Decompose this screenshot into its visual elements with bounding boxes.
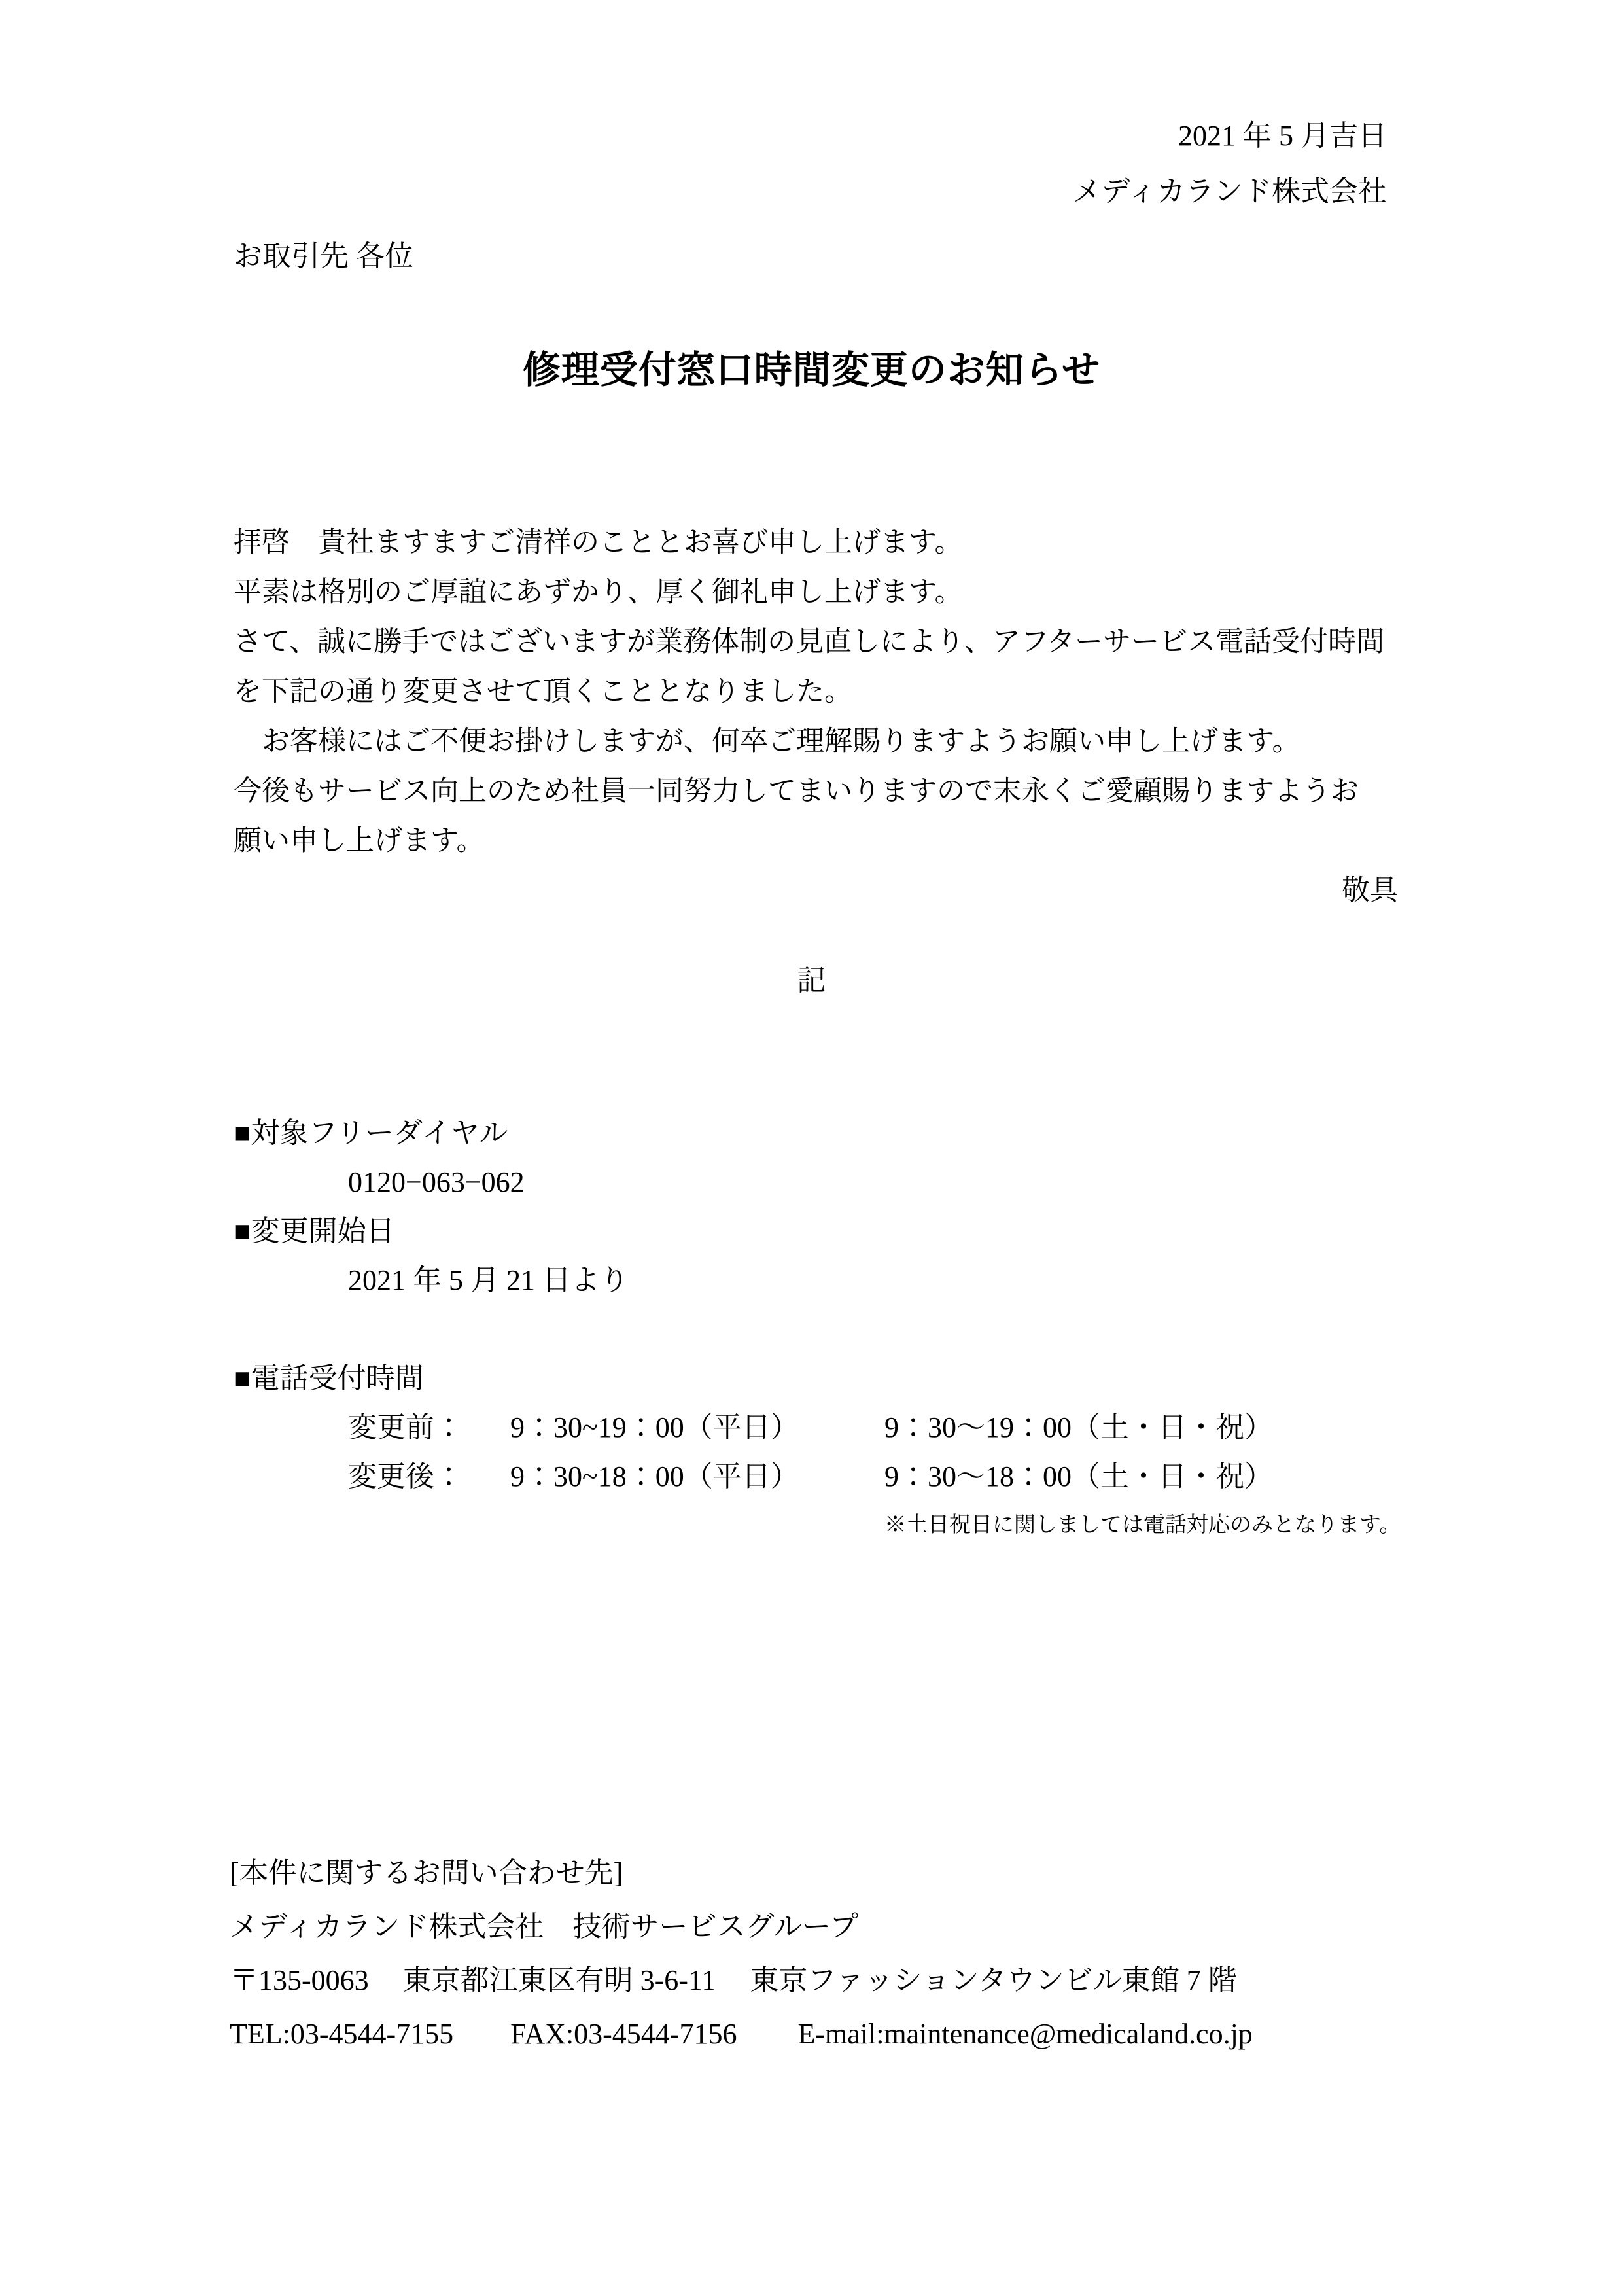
contact-phones: TEL:03-4544-7155 FAX:03-4544-7156 E-mail… <box>230 2007 1253 2061</box>
tel-number: TEL:03-4544-7155 <box>230 2007 453 2061</box>
sender-block: 2021 年 5 月吉日 メディカランド株式会社 <box>1073 108 1387 219</box>
hours-row-after: 変更後： 9：30~18：00（平日） 9：30～18：00（土・日・祝） <box>348 1452 1398 1501</box>
email-address: E-mail:maintenance@medicaland.co.jp <box>797 2007 1252 2061</box>
body-line: さて、誠に勝手ではございますが業務体制の見直しにより、アフターサービス電話受付時… <box>234 618 1398 667</box>
body-line: お客様にはご不便お掛けしますが、何卒ご理解賜りますようお願い申し上げます。 <box>234 717 1398 767</box>
hours-weekend-before: 9：30～19：00（土・日・祝） <box>884 1403 1273 1452</box>
fax-number: FAX:03-4544-7156 <box>510 2007 737 2061</box>
start-date-heading: ■変更開始日 <box>234 1207 1398 1256</box>
details-section: ■対象フリーダイヤル 0120−063−062 ■変更開始日 2021 年 5 … <box>234 1108 1398 1550</box>
body-line: を下記の通り変更させて頂くこととなりました。 <box>234 667 1398 717</box>
phone-hours-heading: ■電話受付時間 <box>234 1354 1398 1403</box>
contact-address: 〒135-0063 東京都江東区有明 3-6-11 東京ファッションタウンビル東… <box>230 1954 1253 2007</box>
body-line: 拝啓 貴社ますますご清祥のこととお喜び申し上げます。 <box>234 518 1398 568</box>
freedial-number: 0120−063−062 <box>348 1157 1398 1207</box>
letter-body: 拝啓 貴社ますますご清祥のこととお喜び申し上げます。 平素は格別のご厚誼にあずか… <box>234 518 1398 916</box>
contact-department: メディカランド株式会社 技術サービスグループ <box>230 1900 1253 1954</box>
body-line: 今後もサービス向上のため社員一同努力してまいりますので末永くご愛顧賜りますようお <box>234 767 1398 817</box>
letter-date: 2021 年 5 月吉日 <box>1073 108 1387 164</box>
hours-weekday-after: 9：30~18：00（平日） <box>510 1452 884 1501</box>
holiday-note: ※土日祝日に関しましては電話対応のみとなります。 <box>884 1501 1398 1550</box>
body-line: 平素は格別のご厚誼にあずかり、厚く御礼申し上げます。 <box>234 568 1398 618</box>
start-date-value: 2021 年 5 月 21 日より <box>348 1256 1398 1305</box>
closing-keigu: 敬具 <box>234 866 1398 916</box>
building-name: 東京ファッションタウンビル東館 7 階 <box>750 1954 1236 2007</box>
street-address: 東京都江東区有明 3-6-11 <box>403 1954 716 2007</box>
hours-weekend-after: 9：30～18：00（土・日・祝） <box>884 1452 1273 1501</box>
hours-label-before: 変更前： <box>348 1403 510 1452</box>
sender-company: メディカランド株式会社 <box>1073 164 1387 219</box>
contact-block: [本件に関するお問い合わせ先] メディカランド株式会社 技術サービスグループ 〒… <box>230 1846 1253 2061</box>
postal-code: 〒135-0063 <box>230 1954 369 2007</box>
spacer <box>234 1305 1398 1354</box>
hours-row-before: 変更前： 9：30~19：00（平日） 9：30～19：00（土・日・祝） <box>348 1403 1398 1452</box>
hours-weekday-before: 9：30~19：00（平日） <box>510 1403 884 1452</box>
body-line: 願い申し上げます。 <box>234 817 1398 866</box>
hours-label-after: 変更後： <box>348 1452 510 1501</box>
contact-heading: [本件に関するお問い合わせ先] <box>230 1846 1253 1900</box>
record-marker: 記 <box>0 957 1623 998</box>
letter-page: 2021 年 5 月吉日 メディカランド株式会社 お取引先 各位 修理受付窓口時… <box>0 0 1623 2296</box>
freedial-heading: ■対象フリーダイヤル <box>234 1108 1398 1157</box>
document-title: 修理受付窓口時間変更のお知らせ <box>0 339 1623 394</box>
recipient: お取引先 各位 <box>234 232 413 274</box>
